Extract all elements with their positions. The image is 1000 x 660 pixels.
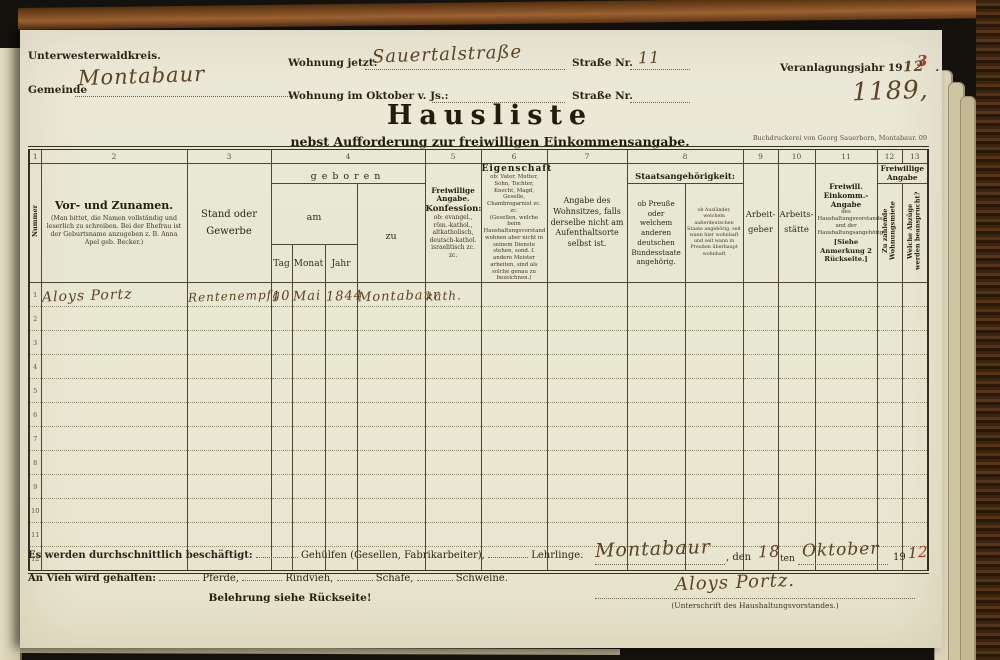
eigenschaft-cell: [481, 427, 547, 451]
miete-cell: [877, 307, 902, 331]
jahr-cell: [325, 475, 357, 499]
header-arbeitsstaette: Arbeits- stätte: [778, 164, 815, 283]
eigenschaft-cell: [481, 475, 547, 499]
tag-cell: [271, 523, 292, 547]
name-cell-handwritten: Aloys Portz: [41, 286, 132, 305]
staat-ausland-cell: [685, 379, 743, 403]
miete-cell: [877, 379, 902, 403]
arbeitsstaette-cell: [778, 379, 815, 403]
jahr-handwritten-2: 2: [918, 543, 929, 561]
table-row: 11: [29, 523, 928, 547]
tag-cell: [271, 355, 292, 379]
jahr-cell: [325, 355, 357, 379]
ort-handwritten: Montabaur: [595, 536, 712, 562]
header-staat-preusse: ob Preuße oder welchem anderen deutschen…: [627, 184, 685, 283]
row-number-cell: 3: [29, 331, 41, 355]
miete-cell: [877, 355, 902, 379]
arbeitgeber-cell: [743, 355, 778, 379]
arbeitgeber-cell: [743, 283, 778, 307]
geboren-zu-cell: Montabaur: [357, 283, 425, 307]
konfession-cell: [425, 355, 481, 379]
abzuege-cell: [902, 475, 928, 499]
arbeitsstaette-cell: [778, 427, 815, 451]
monat-cell: [292, 331, 325, 355]
monat-cell: [292, 355, 325, 379]
abzuege-cell: [902, 451, 928, 475]
wohnsitz-cell: [547, 307, 627, 331]
colnum-13: 13: [902, 148, 928, 164]
colnum-2: 2: [41, 148, 187, 164]
staat-ausland-cell: [685, 403, 743, 427]
jahr-cell: [325, 523, 357, 547]
veranlagungsjahr-period: .: [935, 62, 939, 74]
table-header: 1 2 3 4 5 6 7 8 9 10 11 12 13 Nummer: [29, 148, 928, 283]
geboren-zu-cell: [357, 331, 425, 355]
colnum-6: 6: [481, 148, 547, 164]
name-cell: [41, 523, 187, 547]
header-monat: Monat: [292, 245, 325, 283]
vieh-fill-2: [242, 571, 282, 581]
monat-cell-handwritten: Mai: [292, 289, 321, 305]
tag-cell-handwritten: 10: [271, 289, 290, 305]
table-row: 7: [29, 427, 928, 451]
name-cell: [41, 355, 187, 379]
name-cell: [41, 451, 187, 475]
arbeitsstaette-cell: [778, 331, 815, 355]
geboren-zu-cell: [357, 427, 425, 451]
konfession-cell: [425, 475, 481, 499]
header-zu: zu: [357, 184, 425, 283]
abzuege-cell: [902, 427, 928, 451]
header-wohnsitz: Angabe des Wohnsitzes, falls derselbe ni…: [547, 164, 627, 283]
eigenschaft-cell: [481, 355, 547, 379]
arbeitgeber-cell: [743, 427, 778, 451]
name-cell: [41, 331, 187, 355]
geboren-zu-cell: [357, 451, 425, 475]
header-abzuege: Welche Abzüge werden beansprucht?: [902, 184, 928, 283]
table-row: 2: [29, 307, 928, 331]
jahr-cell: 1844: [325, 283, 357, 307]
tag-cell: [271, 451, 292, 475]
wohnsitz-cell: [547, 499, 627, 523]
eigenschaft-cell: [481, 403, 547, 427]
konfession-cell: kath.: [425, 283, 481, 307]
header-band-row: Nummer Vor- und Zunamen. (Man bittet, di…: [29, 164, 928, 184]
header-nummer: Nummer: [29, 164, 41, 283]
staat-preusse-cell: [627, 307, 685, 331]
belehrung-note: Belehrung siehe Rückseite!: [130, 592, 450, 604]
colnum-3: 3: [187, 148, 271, 164]
header-stand: Stand oder Gewerbe: [187, 164, 271, 283]
name-cell: [41, 403, 187, 427]
table-row: 1Aloys PortzRentenempfg.10Mai1844Montaba…: [29, 283, 928, 307]
ort-fill-line: [595, 564, 725, 565]
colnum-4: 4: [271, 148, 425, 164]
header-arbeitgeber: Arbeit- geber: [743, 164, 778, 283]
staat-preusse-cell: [627, 499, 685, 523]
monat-handwritten: Oktober: [802, 539, 880, 562]
geboren-zu-cell: [357, 475, 425, 499]
staat-preusse-cell: [627, 475, 685, 499]
kreis-label: Unterwesterwaldkreis.: [28, 50, 161, 62]
staat-preusse-cell: [627, 331, 685, 355]
miete-cell: [877, 451, 902, 475]
gemeinde-fill-line: [75, 96, 290, 97]
monat-cell: [292, 523, 325, 547]
vieh-fill-1: [159, 571, 199, 581]
staat-preusse-cell: [627, 283, 685, 307]
table-row: 4: [29, 355, 928, 379]
konfession-cell: [425, 331, 481, 355]
header-name: Vor- und Zunamen. (Man bittet, die Namen…: [41, 164, 187, 283]
colnum-11: 11: [815, 148, 877, 164]
konfession-cell-handwritten: kath.: [425, 288, 461, 303]
scanned-book-photo: Unterwesterwaldkreis. Gemeinde Montabaur…: [0, 0, 1000, 660]
staat-ausland-cell: [685, 355, 743, 379]
konfession-cell: [425, 499, 481, 523]
abzuege-cell: [902, 331, 928, 355]
arbeitsstaette-cell: [778, 451, 815, 475]
vieh-fill-3: [337, 571, 373, 581]
document-page: Unterwesterwaldkreis. Gemeinde Montabaur…: [20, 30, 942, 648]
monat-cell: [292, 427, 325, 451]
header-konfession: Freiwillige Angabe. Konfession: ob: evan…: [425, 164, 481, 283]
stand-cell: [187, 331, 271, 355]
wohnsitz-cell: [547, 355, 627, 379]
tag-cell: [271, 475, 292, 499]
wohnsitz-cell: [547, 331, 627, 355]
arbeitsstaette-cell: [778, 355, 815, 379]
wohnsitz-cell: [547, 283, 627, 307]
row-number-cell: 7: [29, 427, 41, 451]
arbeitsstaette-cell: [778, 307, 815, 331]
tag-cell: [271, 307, 292, 331]
wohnsitz-cell: [547, 403, 627, 427]
konfession-cell: [425, 451, 481, 475]
wohnung-jetzt-fill-line: [365, 69, 565, 70]
vieh-line: An Vieh wird gehalten: Pferde, Rindvieh,…: [28, 571, 508, 584]
header-staatsangehoerigkeit: Staatsangehörigkeit:: [627, 164, 743, 184]
header-tag: Tag: [271, 245, 292, 283]
den-label: , den: [726, 552, 751, 563]
miete-cell: [877, 283, 902, 307]
abzuege-cell: [902, 403, 928, 427]
staat-ausland-cell: [685, 331, 743, 355]
row-number-cell: 4: [29, 355, 41, 379]
hausliste-table: 1 2 3 4 5 6 7 8 9 10 11 12 13 Nummer: [28, 146, 929, 574]
stand-cell: [187, 379, 271, 403]
header-miete: Zu zahlende Wohnungsmiete: [877, 184, 902, 283]
staat-preusse-cell: [627, 355, 685, 379]
vieh-fill-4: [417, 571, 453, 581]
einkommen-cell: [815, 331, 877, 355]
previous-page-edge: [0, 48, 22, 660]
jahr-cell: [325, 331, 357, 355]
name-cell: [41, 427, 187, 451]
header-staat-ausland: ob Ausländer, welchem außerdeutschen Sta…: [685, 184, 743, 283]
tag-cell: [271, 499, 292, 523]
staat-preusse-cell: [627, 427, 685, 451]
row-number-cell: 9: [29, 475, 41, 499]
arbeitgeber-cell: [743, 379, 778, 403]
printer-imprint: Buchdruckerei von Georg Sauerborn, Monta…: [660, 134, 927, 142]
veranlagungsjahr-label: Veranlagungsjahr 19123.: [780, 57, 939, 75]
eigenschaft-cell: [481, 523, 547, 547]
stand-cell: Rentenempfg.: [187, 283, 271, 307]
arbeitgeber-cell: [743, 307, 778, 331]
geboren-zu-cell: [357, 499, 425, 523]
abzuege-cell: [902, 307, 928, 331]
monat-cell: [292, 475, 325, 499]
einkommen-cell: [815, 475, 877, 499]
staat-preusse-cell: [627, 403, 685, 427]
tag-cell: [271, 403, 292, 427]
jahr-cell: [325, 451, 357, 475]
wohnung-jetzt-handwritten-value: Sauertalstraße: [372, 41, 523, 67]
miete-cell: [877, 499, 902, 523]
arbeitgeber-cell: [743, 475, 778, 499]
arbeitgeber-cell: [743, 403, 778, 427]
geboren-zu-cell: [357, 403, 425, 427]
book-cover-right-edge: [976, 0, 1000, 660]
page-stack-edge: [960, 96, 976, 660]
header-am: am: [271, 184, 357, 245]
beschaeftigt-fill-1: [256, 548, 298, 558]
beschaeftigt-line: Es werden durchschnittlich beschäftigt: …: [28, 548, 583, 561]
eigenschaft-cell: [481, 307, 547, 331]
einkommen-cell: [815, 403, 877, 427]
colnum-1: 1: [29, 148, 41, 164]
header-jahr: Jahr: [325, 245, 357, 283]
table-row: 9: [29, 475, 928, 499]
row-number-cell: 10: [29, 499, 41, 523]
row-number-cell: 2: [29, 307, 41, 331]
ten-label: ten: [780, 554, 795, 564]
abzuege-cell: [902, 499, 928, 523]
table-body: 1Aloys PortzRentenempfg.10Mai1844Montaba…: [29, 283, 928, 573]
abzuege-cell: [902, 355, 928, 379]
einkommen-cell: [815, 427, 877, 451]
einkommen-cell: [815, 499, 877, 523]
signature-handwritten: Aloys Portz.: [675, 570, 796, 595]
signature-fill-line: [595, 598, 915, 599]
wohnsitz-cell: [547, 427, 627, 451]
row-number-cell: 5: [29, 379, 41, 403]
miete-cell: [877, 475, 902, 499]
eigenschaft-cell: [481, 283, 547, 307]
miete-cell: [877, 523, 902, 547]
einkommen-cell: [815, 379, 877, 403]
miete-cell: [877, 331, 902, 355]
staat-ausland-cell: [685, 283, 743, 307]
geboren-zu-cell: [357, 523, 425, 547]
konfession-cell: [425, 379, 481, 403]
colnum-10: 10: [778, 148, 815, 164]
name-cell: [41, 307, 187, 331]
einkommen-cell: [815, 283, 877, 307]
staat-ausland-cell: [685, 475, 743, 499]
tag-cell: 10: [271, 283, 292, 307]
table-row: 10: [29, 499, 928, 523]
konfession-cell: [425, 427, 481, 451]
gemeinde-handwritten-value: Montabaur: [78, 62, 206, 90]
strasse-nr-fill-line: [630, 69, 690, 70]
table-row: 8: [29, 451, 928, 475]
stand-cell-handwritten: Rentenempfg.: [187, 287, 285, 304]
jahr-printed: 19: [893, 552, 906, 563]
header-freiwillige-angabe: Freiwillige Angabe: [877, 164, 928, 184]
stand-cell: [187, 451, 271, 475]
form-title: Hausliste: [170, 100, 810, 131]
tag-cell: [271, 379, 292, 403]
strasse-nr-handwritten-value: 11: [638, 48, 661, 68]
jahr-cell: [325, 379, 357, 403]
staat-ausland-cell: [685, 307, 743, 331]
strasse-nr-label: Straße Nr.: [572, 57, 633, 69]
miete-cell: [877, 403, 902, 427]
stand-cell: [187, 427, 271, 451]
wohnsitz-cell: [547, 451, 627, 475]
abzuege-cell: [902, 379, 928, 403]
stand-cell: [187, 307, 271, 331]
monat-cell: [292, 307, 325, 331]
miete-cell: [877, 427, 902, 451]
table-row: 6: [29, 403, 928, 427]
wohnung-jetzt-label: Wohnung jetzt:: [288, 57, 378, 69]
staat-ausland-cell: [685, 427, 743, 451]
arbeitgeber-cell: [743, 331, 778, 355]
name-cell: [41, 475, 187, 499]
monat-fill-line: [798, 564, 888, 565]
table-row: 3: [29, 331, 928, 355]
eigenschaft-cell: [481, 499, 547, 523]
signature-caption: (Unterschrift des Haushaltungsvorstandes…: [595, 601, 915, 610]
beschaeftigt-fill-2: [488, 548, 528, 558]
konfession-cell: [425, 307, 481, 331]
stand-cell: [187, 499, 271, 523]
veranlagungsjahr-printed: Veranlagungsjahr 19: [780, 62, 903, 74]
header-geboren: geboren: [271, 164, 425, 184]
staat-ausland-cell: [685, 451, 743, 475]
monat-cell: Mai: [292, 283, 325, 307]
row-number-cell: 6: [29, 403, 41, 427]
arbeitgeber-cell: [743, 451, 778, 475]
arbeitsstaette-cell: [778, 499, 815, 523]
eigenschaft-cell: [481, 451, 547, 475]
column-number-row: 1 2 3 4 5 6 7 8 9 10 11 12 13: [29, 148, 928, 164]
eigenschaft-cell: [481, 331, 547, 355]
arbeitsstaette-cell: [778, 403, 815, 427]
colnum-7: 7: [547, 148, 627, 164]
geboren-zu-cell: [357, 379, 425, 403]
stand-cell: [187, 475, 271, 499]
name-cell: Aloys Portz: [41, 283, 187, 307]
monat-cell: [292, 499, 325, 523]
colnum-8: 8: [627, 148, 743, 164]
colnum-9: 9: [743, 148, 778, 164]
tag-cell: [271, 331, 292, 355]
konfession-cell: [425, 523, 481, 547]
tag-handwritten: 18: [758, 542, 781, 562]
staat-preusse-cell: [627, 451, 685, 475]
name-cell: [41, 499, 187, 523]
table-row: 5: [29, 379, 928, 403]
konfession-cell: [425, 403, 481, 427]
jahr-cell: [325, 403, 357, 427]
einkommen-cell: [815, 307, 877, 331]
staat-preusse-cell: [627, 379, 685, 403]
row-number-cell: 1: [29, 283, 41, 307]
arbeitgeber-cell: [743, 499, 778, 523]
monat-cell: [292, 451, 325, 475]
arbeitsstaette-cell: [778, 283, 815, 307]
geboren-zu-cell: [357, 307, 425, 331]
monat-cell: [292, 403, 325, 427]
einkommen-cell: [815, 355, 877, 379]
jahr-cell: [325, 427, 357, 451]
akten-nummer-handwritten: 1189,: [852, 75, 930, 107]
abzuege-cell: [902, 283, 928, 307]
stand-cell: [187, 523, 271, 547]
colnum-5: 5: [425, 148, 481, 164]
eigenschaft-cell: [481, 379, 547, 403]
einkommen-cell: [815, 451, 877, 475]
staat-ausland-cell: [685, 499, 743, 523]
geboren-zu-cell: [357, 355, 425, 379]
veranlagungsjahr-red-correction: 3: [917, 52, 929, 70]
wohnsitz-cell: [547, 475, 627, 499]
monat-cell: [292, 379, 325, 403]
header-eigenschaft: Eigenschaft ob: Vater, Mutter, Sohn, Toc…: [481, 164, 547, 283]
jahr-cell: [325, 499, 357, 523]
wohnsitz-cell: [547, 379, 627, 403]
row-number-cell: 8: [29, 451, 41, 475]
header-einkommen: Freiwill. Einkomm.-Angabe des Haushaltun…: [815, 164, 877, 283]
row-number-cell: 11: [29, 523, 41, 547]
arbeitsstaette-cell: [778, 475, 815, 499]
colnum-12: 12: [877, 148, 902, 164]
tag-cell: [271, 427, 292, 451]
stand-cell: [187, 355, 271, 379]
jahr-cell: [325, 307, 357, 331]
name-cell: [41, 379, 187, 403]
stand-cell: [187, 403, 271, 427]
